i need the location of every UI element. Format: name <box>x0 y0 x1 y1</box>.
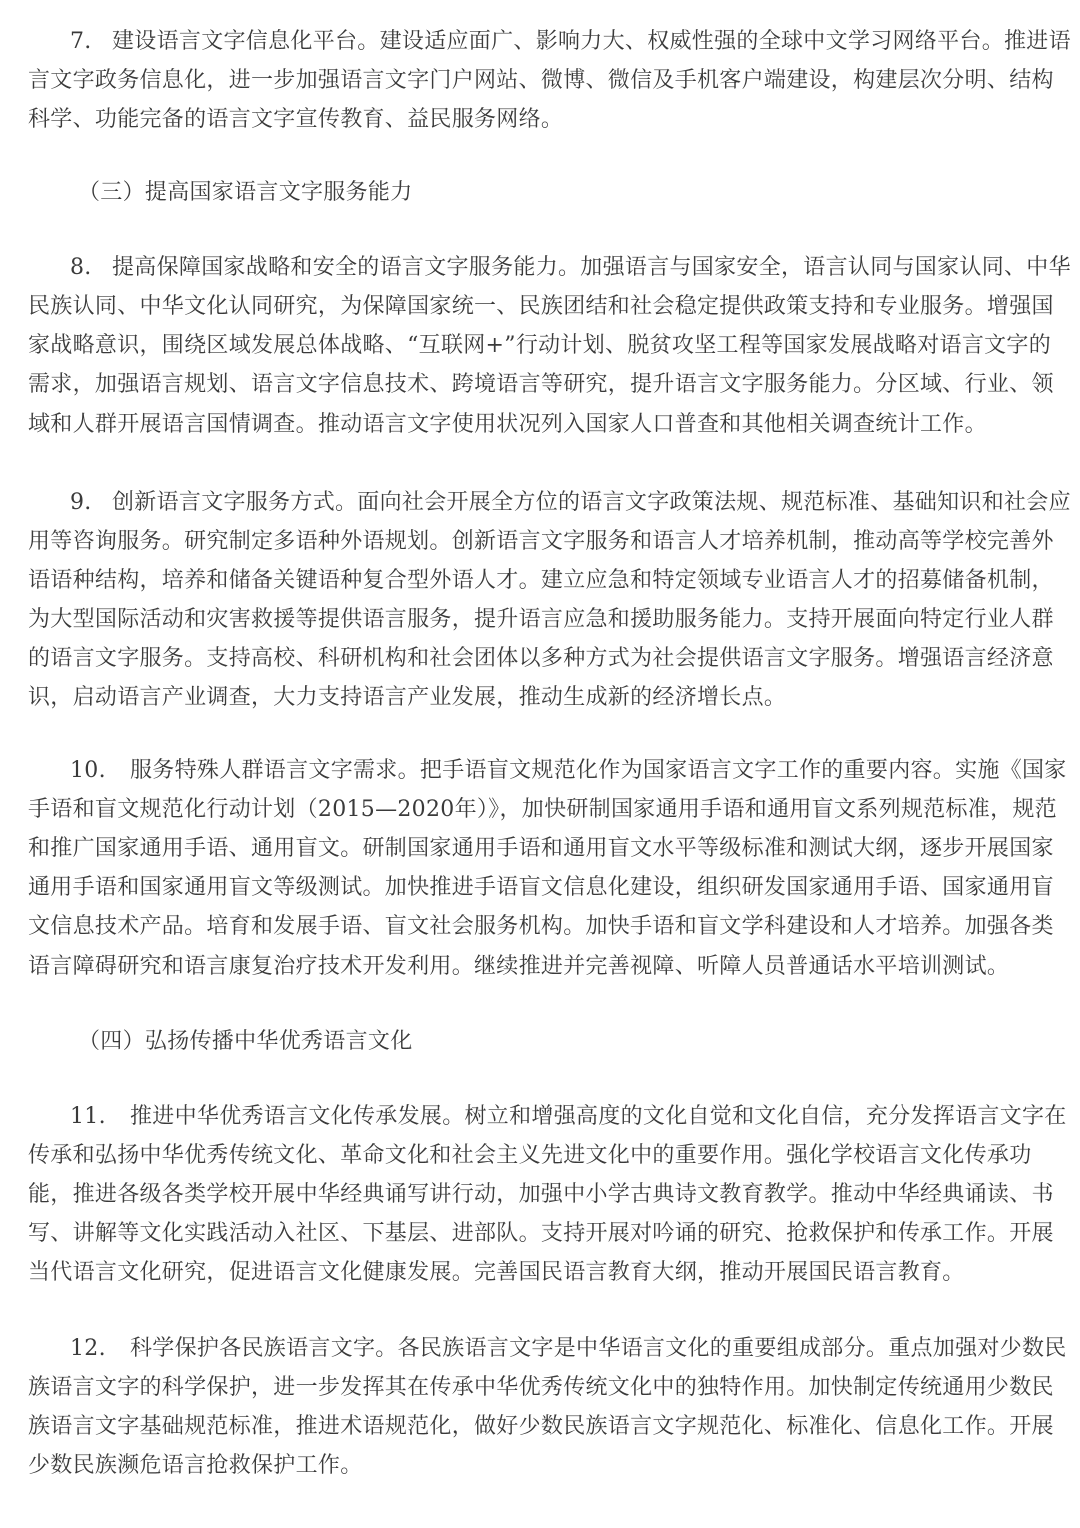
line-text: 创新语言文字服务方式。面向社会开展全方位的语言文字政策法规、规范标准、基础知识和… <box>112 490 1071 515</box>
paragraph-line: 族语言文字基础规范标准，推进术语规范化，做好少数民族语言文字规范化、标准化、信息… <box>28 1409 1054 1445</box>
line-text: 服务特殊人群语言文字需求。把手语盲文规范化作为国家语言文字工作的重要内容。实施《… <box>130 758 1067 783</box>
paragraph-line: 族语言文字的科学保护，进一步发挥其在传承中华优秀传统文化中的独特作用。加快制定传… <box>28 1370 1054 1406</box>
line-text: 科学保护各民族语言文字。各民族语言文字是中华语言文化的重要组成部分。重点加强对少… <box>130 1336 1067 1361</box>
item-number: 11. <box>70 1099 130 1135</box>
paragraph-line: 的语言文字服务。支持高校、科研机构和社会团体以多种方式为社会提供语言文字服务。增… <box>28 641 1054 677</box>
paragraph-line: 8.提高保障国家战略和安全的语言文字服务能力。加强语言与国家安全，语言认同与国家… <box>70 250 1071 286</box>
paragraph-line: 通用手语和国家通用盲文等级测试。加快推进手语盲文信息化建设，组织研发国家通用手语… <box>28 870 1054 906</box>
paragraph-line: 能，推进各级各类学校开展中华经典诵写讲行动，加强中小学古典诗文教育教学。推动中华… <box>28 1177 1054 1213</box>
document-page: 7.建设语言文字信息化平台。建设适应面广、影响力大、权威性强的全球中文学习网络平… <box>0 0 1080 1528</box>
paragraph-line: 需求，加强语言规划、语言文字信息技术、跨境语言等研究，提升语言文字服务能力。分区… <box>28 367 1054 403</box>
line-text: 建设语言文字信息化平台。建设适应面广、影响力大、权威性强的全球中文学习网络平台。… <box>112 29 1071 54</box>
paragraph-line: 为大型国际活动和灾害救援等提供语言服务，提升语言应急和援助服务能力。支持开展面向… <box>28 602 1054 638</box>
paragraph-line: 文信息技术产品。培育和发展手语、盲文社会服务机构。加快手语和盲文学科建设和人才培… <box>28 909 1054 945</box>
paragraph-line: 7.建设语言文字信息化平台。建设适应面广、影响力大、权威性强的全球中文学习网络平… <box>70 24 1071 60</box>
paragraph-line: 手语和盲文规范化行动计划（2015—2020年）》，加快研制国家通用手语和通用盲… <box>28 792 1057 828</box>
item-number: 8. <box>70 250 112 286</box>
paragraph-line: 传承和弘扬中华优秀传统文化、革命文化和社会主义先进文化中的重要作用。强化学校语言… <box>28 1138 1032 1174</box>
paragraph-line: 科学、功能完备的语言文字宣传教育、益民服务网络。 <box>28 102 563 138</box>
paragraph-line: 语言障碍研究和语言康复治疗技术开发利用。继续推进并完善视障、听障人员普通话水平培… <box>28 949 1009 985</box>
paragraph-line: 10.服务特殊人群语言文字需求。把手语盲文规范化作为国家语言文字工作的重要内容。… <box>70 753 1067 789</box>
paragraph-line: 言文字政务信息化，进一步加强语言文字门户网站、微博、微信及手机客户端建设，构建层… <box>28 63 1054 99</box>
paragraph-line: 少数民族濒危语言抢救保护工作。 <box>28 1448 363 1484</box>
section-heading-3: （三）提高国家语言文字服务能力 <box>78 175 413 211</box>
paragraph-line: 域和人群开展语言国情调查。推动语言文字使用状况列入国家人口普查和其他相关调查统计… <box>28 407 987 443</box>
paragraph-line: 9.创新语言文字服务方式。面向社会开展全方位的语言文字政策法规、规范标准、基础知… <box>70 485 1071 521</box>
paragraph-line: 当代语言文化研究，促进语言文化健康发展。完善国民语言教育大纲，推动开展国民语言教… <box>28 1255 965 1291</box>
paragraph-line: 用等咨询服务。研究制定多语种外语规划。创新语言文字服务和语言人才培养机制，推动高… <box>28 524 1054 560</box>
paragraph-line: 识，启动语言产业调查，大力支持语言产业发展，推动生成新的经济增长点。 <box>28 680 786 716</box>
section-heading-4: （四）弘扬传播中华优秀语言文化 <box>78 1024 413 1060</box>
paragraph-line: 12.科学保护各民族语言文字。各民族语言文字是中华语言文化的重要组成部分。重点加… <box>70 1331 1067 1367</box>
item-number: 7. <box>70 24 112 60</box>
paragraph-line: 写、讲解等文化实践活动入社区、下基层、进部队。支持开展对吟诵的研究、抢救保护和传… <box>28 1216 1054 1252</box>
item-number: 9. <box>70 485 112 521</box>
line-text: 推进中华优秀语言文化传承发展。树立和增强高度的文化自觉和文化自信，充分发挥语言文… <box>130 1104 1067 1129</box>
paragraph-line: 语语种结构，培养和储备关键语种复合型外语人才。建立应急和特定领域专业语言人才的招… <box>28 563 1054 599</box>
item-number: 12. <box>70 1331 130 1367</box>
line-text: 提高保障国家战略和安全的语言文字服务能力。加强语言与国家安全，语言认同与国家认同… <box>112 255 1071 280</box>
paragraph-line: 11.推进中华优秀语言文化传承发展。树立和增强高度的文化自觉和文化自信，充分发挥… <box>70 1099 1067 1135</box>
paragraph-line: 和推广国家通用手语、通用盲文。研制国家通用手语和通用盲文水平等级标准和测试大纲，… <box>28 831 1054 867</box>
paragraph-line: 民族认同、中华文化认同研究，为保障国家统一、民族团结和社会稳定提供政策支持和专业… <box>28 289 1054 325</box>
item-number: 10. <box>70 753 130 789</box>
paragraph-line: 家战略意识，围绕区域发展总体战略、“互联网+”行动计划、脱贫攻坚工程等国家发展战… <box>28 328 1051 364</box>
